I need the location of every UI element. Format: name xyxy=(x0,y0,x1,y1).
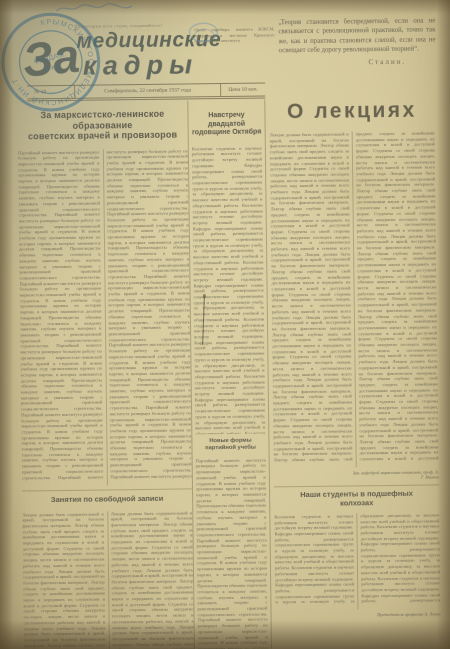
article-october-anniversary: Навстречу двадцатой годовщине Октября Ко… xyxy=(187,99,272,649)
page-columns: За марксистско-ленинское образование сов… xyxy=(17,97,441,649)
article-body: Партийный комитет института развернул бо… xyxy=(196,457,268,649)
article-about-lectures: О лекциях Лекция должна быть содержатель… xyxy=(265,97,441,648)
article-marxist-education: За марксистско-ленинское образование сов… xyxy=(17,100,194,649)
section-rule xyxy=(22,488,192,491)
author-signature: Зав. кафедрой марксизма-ленинизма, проф.… xyxy=(353,469,439,481)
article-body: Коллектив студентов и научных работников… xyxy=(192,145,266,434)
article-body: Лекция должна быть содержательной и ярко… xyxy=(270,130,439,468)
article-body: Партийный комитет института развернул бо… xyxy=(18,148,192,486)
article-subhead: Новые формы партийной учебы xyxy=(195,437,265,452)
price-label: Цена 10 коп. xyxy=(221,86,265,93)
pen-doodle-icon xyxy=(186,20,222,46)
article-subhead: Наши студенты в подшефных колхозах xyxy=(284,488,429,508)
article-headline: О лекциях xyxy=(269,97,434,125)
newspaper-page: КРЫМСКИЙ ГОС. МЕДИЦИНСКИЙ ИН-Т ФУНДАМ. Б… xyxy=(0,0,450,649)
article-headline: Навстречу двадцатой годовщине Октября xyxy=(191,112,261,139)
quote-author: Сталин. xyxy=(279,57,436,68)
author-signature: Председатель профкома А. Левин xyxy=(355,611,441,617)
section-rule xyxy=(274,484,439,487)
stalin-quote-block: „Теория становится беспредметной, если о… xyxy=(278,16,436,68)
article-headline-line2: советских врачей и провизоров xyxy=(18,129,188,142)
scanned-sheet: КРЫМСКИЙ ГОС. МЕДИЦИНСКИЙ ИН-Т ФУНДАМ. Б… xyxy=(0,0,450,649)
article-body: Коллектив студентов и научных работников… xyxy=(274,512,440,610)
quote-text: „Теория становится беспредметной, если о… xyxy=(278,16,435,56)
ink-scribble-icon xyxy=(54,1,134,16)
article-body: Лекция должна быть содержательной и ярко… xyxy=(22,510,194,649)
article-subhead: Занятия по свободной записи xyxy=(22,493,192,504)
